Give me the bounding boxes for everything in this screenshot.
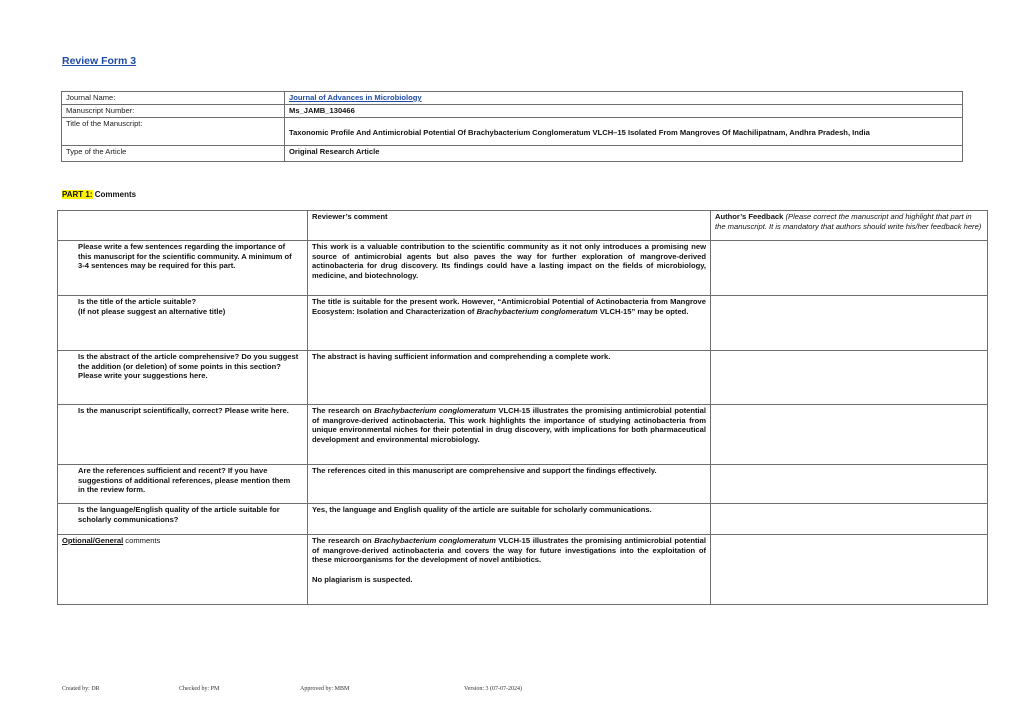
comment-references[interactable]: The references cited in this manuscript … <box>308 465 711 504</box>
footer-version: Version: 3 (07-07-2024) <box>464 686 522 692</box>
header-empty-cell <box>58 211 308 241</box>
comment-importance[interactable]: This work is a valuable contribution to … <box>308 241 711 296</box>
comment-optional-text: The research on <box>312 536 374 545</box>
question-references: Are the references sufficient and recent… <box>58 465 308 504</box>
table-row: Is the abstract of the article comprehen… <box>58 351 988 405</box>
question-scientific: Is the manuscript scientifically, correc… <box>58 405 308 465</box>
header-row: Reviewer’s comment Author’s Feedback (Pl… <box>58 211 988 241</box>
header-reviewer-comment: Reviewer’s comment <box>308 211 711 241</box>
comment-optional[interactable]: The research on Brachybacterium conglome… <box>308 535 711 605</box>
footer-approved-by: Approved by: MBM <box>300 686 349 692</box>
article-type-value: Original Research Article <box>285 145 963 161</box>
table-row: Is the language/English quality of the a… <box>58 504 988 535</box>
comment-title-species: Brachybacterium conglomeratum <box>477 307 598 316</box>
feedback-optional[interactable] <box>711 535 988 605</box>
optional-comments-label: Optional/General comments <box>58 535 308 605</box>
question-abstract: Is the abstract of the article comprehen… <box>58 351 308 405</box>
optional-comments-word: comments <box>123 536 160 545</box>
table-row: Optional/General comments The research o… <box>58 535 988 605</box>
part-1-heading: PART 1: Comments <box>62 190 136 199</box>
comment-scientific[interactable]: The research on Brachybacterium conglome… <box>308 405 711 465</box>
comment-scientific-species: Brachybacterium conglomeratum <box>374 406 496 415</box>
form-title[interactable]: Review Form 3 <box>62 55 136 67</box>
article-type-label: Type of the Article <box>62 145 285 161</box>
feedback-scientific[interactable] <box>711 405 988 465</box>
feedback-abstract[interactable] <box>711 351 988 405</box>
comment-title-text-end: VLCH-15” may be opted. <box>598 307 689 316</box>
part-1-title: Comments <box>93 190 137 199</box>
author-feedback-title: Author’s Feedback <box>715 212 783 221</box>
feedback-importance[interactable] <box>711 241 988 296</box>
comment-optional-species: Brachybacterium conglomeratum <box>374 536 496 545</box>
optional-general-label: Optional/General <box>62 536 123 545</box>
comment-title[interactable]: The title is suitable for the present wo… <box>308 296 711 351</box>
table-row: Are the references sufficient and recent… <box>58 465 988 504</box>
comments-table: Reviewer’s comment Author’s Feedback (Pl… <box>57 210 988 605</box>
feedback-references[interactable] <box>711 465 988 504</box>
journal-name-link[interactable]: Journal of Advances in Microbiology <box>289 93 422 102</box>
comment-language[interactable]: Yes, the language and English quality of… <box>308 504 711 535</box>
header-author-feedback: Author’s Feedback (Please correct the ma… <box>711 211 988 241</box>
table-row: Please write a few sentences regarding t… <box>58 241 988 296</box>
comment-abstract[interactable]: The abstract is having sufficient inform… <box>308 351 711 405</box>
feedback-language[interactable] <box>711 504 988 535</box>
question-title-line1: Is the title of the article suitable? <box>78 297 299 307</box>
table-row: Is the manuscript scientifically, correc… <box>58 405 988 465</box>
manuscript-title-value: Taxonomic Profile And Antimicrobial Pote… <box>285 117 963 145</box>
footer-created-by: Created by: DR <box>62 686 100 692</box>
journal-name-label: Journal Name: <box>62 92 285 105</box>
manuscript-info-table: Journal Name: Journal of Advances in Mic… <box>61 91 963 162</box>
footer-checked-by: Checked by: PM <box>179 686 219 692</box>
question-importance: Please write a few sentences regarding t… <box>58 241 308 296</box>
question-language: Is the language/English quality of the a… <box>58 504 308 535</box>
manuscript-title-label: Title of the Manuscript: <box>62 117 285 145</box>
manuscript-number-value: Ms_JAMB_130466 <box>285 104 963 117</box>
comment-scientific-text: The research on <box>312 406 374 415</box>
part-1-label: PART 1: <box>62 190 93 199</box>
question-title-line2: (If not please suggest an alternative ti… <box>78 307 299 317</box>
manuscript-number-label: Manuscript Number: <box>62 104 285 117</box>
plagiarism-note: No plagiarism is suspected. <box>312 575 706 585</box>
feedback-title[interactable] <box>711 296 988 351</box>
question-title: Is the title of the article suitable?(If… <box>58 296 308 351</box>
table-row: Is the title of the article suitable?(If… <box>58 296 988 351</box>
